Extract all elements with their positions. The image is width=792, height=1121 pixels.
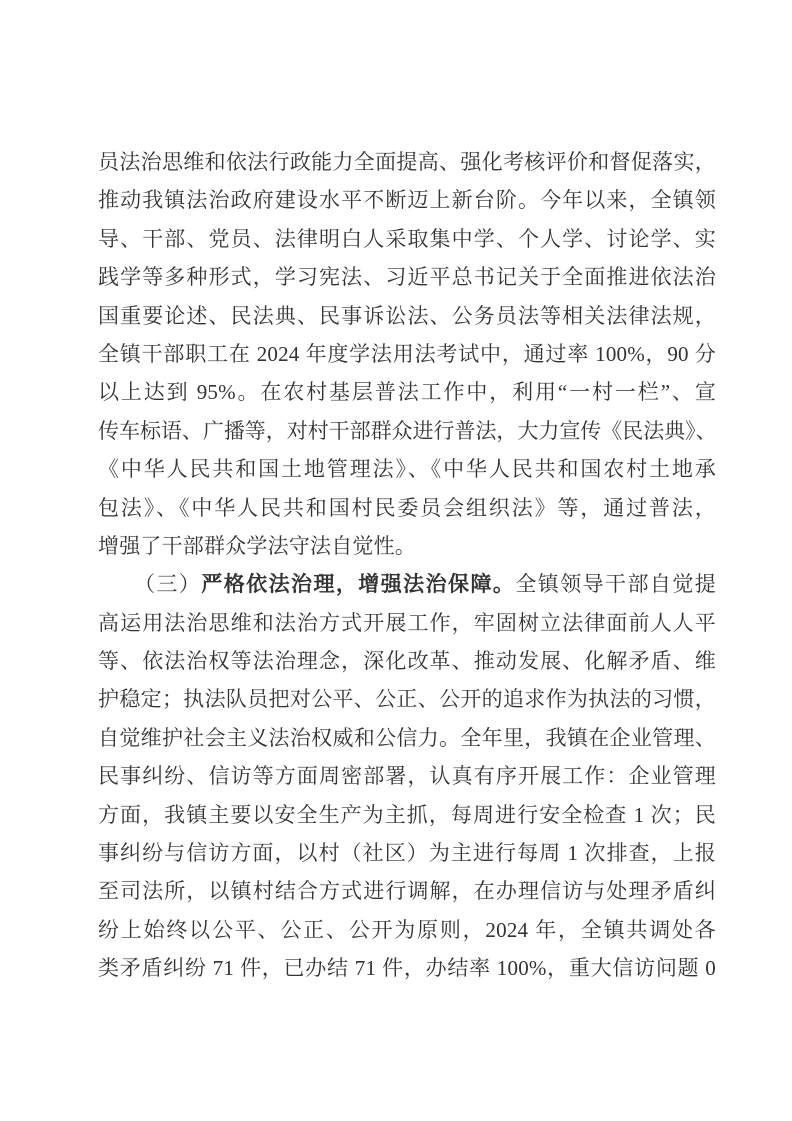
text-segment: 推动我镇法治政府建设水平不断迈上新台阶。今年以来，全镇领	[98, 188, 716, 212]
text-line-21: 纷上始终以公平、公正、公开为原则，2024 年，全镇共调处各	[98, 911, 716, 949]
text-line-14: 等、依法治权等法治理念，深化改革、推动发展、化解矛盾、维	[98, 642, 716, 680]
text-line-22: 类矛盾纠纷 71 件，已办结 71 件，办结率 100%，重大信访问题 0	[98, 949, 716, 987]
text-segment: 全镇领导干部自觉提	[515, 572, 716, 596]
text-line-16: 自觉维护社会主义法治权威和公信力。全年里，我镇在企业管理、	[98, 719, 716, 757]
text-line-20: 至司法所，以镇村结合方式进行调解，在办理信访与处理矛盾纠	[98, 872, 716, 910]
text-segment: 高运用法治思维和法治方式开展工作，牢固树立法律面前人人平	[98, 611, 716, 635]
text-line-18: 方面，我镇主要以安全生产为主抓，每周进行安全检查 1 次；民	[98, 796, 716, 834]
text-line-9: 《中华人民共和国土地管理法》、《中华人民共和国农村土地承	[98, 450, 716, 488]
text-line-15: 护稳定；执法队员把对公平、公正、公开的追求作为执法的习惯，	[98, 680, 716, 718]
text-segment: 《中华人民共和国土地管理法》、《中华人民共和国农村土地承	[98, 457, 716, 481]
text-segment: 传车标语、广播等，对村干部群众进行普法，大力宣传《民法典》、	[98, 419, 716, 443]
text-segment: 员法治思维和依法行政能力全面提高、强化考核评价和督促落实，	[98, 150, 716, 174]
text-line-12: （三）严格依法治理，增强法治保障。全镇领导干部自觉提	[98, 565, 716, 603]
section-heading: 严格依法治理，增强法治保障。	[201, 572, 515, 596]
text-segment: 纷上始终以公平、公正、公开为原则，2024 年，全镇共调处各	[98, 918, 716, 942]
text-segment: 方面，我镇主要以安全生产为主抓，每周进行安全检查 1 次；民	[98, 803, 716, 827]
text-segment: 事纠纷与信访方面，以村（社区）为主进行每周 1 次排查，上报	[98, 841, 716, 865]
text-segment: 自觉维护社会主义法治权威和公信力。全年里，我镇在企业管理、	[98, 726, 716, 750]
text-segment: 等、依法治权等法治理念，深化改革、推动发展、化解矛盾、维	[98, 649, 716, 673]
text-segment: 民事纠纷、信访等方面周密部署，认真有序开展工作：企业管理	[98, 764, 716, 788]
text-line-19: 事纠纷与信访方面，以村（社区）为主进行每周 1 次排查，上报	[98, 834, 716, 872]
text-line-4: 践学等多种形式，学习宪法、习近平总书记关于全面推进依法治	[98, 258, 716, 296]
text-segment: 增强了干部群众学法守法自觉性。	[98, 534, 416, 558]
text-line-11: 增强了干部群众学法守法自觉性。	[98, 527, 716, 565]
text-segment: 国重要论述、民法典、民事诉讼法、公务员法等相关法律法规，	[98, 304, 716, 328]
text-line-3: 导、干部、党员、法律明白人采取集中学、个人学、讨论学、实	[98, 220, 716, 258]
text-segment: 全镇干部职工在 2024 年度学法用法考试中，通过率 100%，90 分	[98, 342, 716, 366]
text-segment: 护稳定；执法队员把对公平、公正、公开的追求作为执法的习惯，	[98, 687, 716, 711]
text-line-17: 民事纠纷、信访等方面周密部署，认真有序开展工作：企业管理	[98, 757, 716, 795]
text-segment: 包法》、《中华人民共和国村民委员会组织法》等，通过普法，	[98, 496, 716, 520]
text-segment: 践学等多种形式，学习宪法、习近平总书记关于全面推进依法治	[98, 265, 716, 289]
text-line-6: 全镇干部职工在 2024 年度学法用法考试中，通过率 100%，90 分	[98, 335, 716, 373]
text-segment: 导、干部、党员、法律明白人采取集中学、个人学、讨论学、实	[98, 227, 716, 251]
text-line-10: 包法》、《中华人民共和国村民委员会组织法》等，通过普法，	[98, 489, 716, 527]
text-segment: 至司法所，以镇村结合方式进行调解，在办理信访与处理矛盾纠	[98, 879, 716, 903]
document-text-body: 员法治思维和依法行政能力全面提高、强化考核评价和督促落实，推动我镇法治政府建设水…	[98, 143, 716, 988]
text-segment: （三）	[134, 572, 201, 596]
text-line-7: 以上达到 95%。在农村基层普法工作中，利用“一村一栏”、宣	[98, 373, 716, 411]
text-line-2: 推动我镇法治政府建设水平不断迈上新台阶。今年以来，全镇领	[98, 181, 716, 219]
document-page: 员法治思维和依法行政能力全面提高、强化考核评价和督促落实，推动我镇法治政府建设水…	[0, 0, 792, 1121]
text-line-8: 传车标语、广播等，对村干部群众进行普法，大力宣传《民法典》、	[98, 412, 716, 450]
text-segment: 以上达到 95%。在农村基层普法工作中，利用“一村一栏”、宣	[98, 380, 716, 404]
text-line-1: 员法治思维和依法行政能力全面提高、强化考核评价和督促落实，	[98, 143, 716, 181]
text-line-13: 高运用法治思维和法治方式开展工作，牢固树立法律面前人人平	[98, 604, 716, 642]
text-line-5: 国重要论述、民法典、民事诉讼法、公务员法等相关法律法规，	[98, 297, 716, 335]
text-segment: 类矛盾纠纷 71 件，已办结 71 件，办结率 100%，重大信访问题 0	[98, 956, 716, 980]
